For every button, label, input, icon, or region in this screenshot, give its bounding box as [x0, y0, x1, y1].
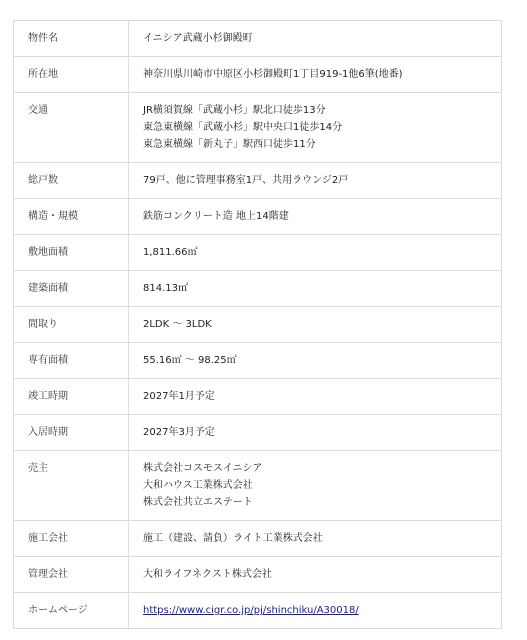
label-access: 交通	[14, 93, 129, 163]
label-address: 所在地	[14, 57, 129, 93]
value-seller: 株式会社コスモスイニシア 大和ハウス工業株式会社 株式会社共立エステート	[129, 451, 502, 521]
label-exclusive-area: 専有面積	[14, 343, 129, 379]
value-floor-plan: 2LDK ～ 3LDK	[129, 307, 502, 343]
homepage-link[interactable]: https://www.cigr.co.jp/pj/shinchiku/A300…	[143, 605, 359, 616]
value-management: 大和ライフネクスト株式会社	[129, 557, 502, 593]
label-completion: 竣工時期	[14, 379, 129, 415]
label-building-area: 建築面積	[14, 271, 129, 307]
value-completion: 2027年1月予定	[129, 379, 502, 415]
value-building-area: 814.13㎡	[129, 271, 502, 307]
value-site-area: 1,811.66㎡	[129, 235, 502, 271]
row-seller: 売主 株式会社コスモスイニシア 大和ハウス工業株式会社 株式会社共立エステート	[14, 451, 502, 521]
access-line: JR横須賀線「武蔵小杉」駅北口徒歩13分	[143, 102, 501, 119]
value-move-in: 2027年3月予定	[129, 415, 502, 451]
label-constructor: 施工会社	[14, 521, 129, 557]
value-address: 神奈川県川崎市中原区小杉御殿町1丁目919-1他6筆(地番)	[129, 57, 502, 93]
row-building-area: 建築面積 814.13㎡	[14, 271, 502, 307]
value-homepage: https://www.cigr.co.jp/pj/shinchiku/A300…	[129, 593, 502, 629]
row-completion: 竣工時期 2027年1月予定	[14, 379, 502, 415]
value-total-units: 79戸、他に管理事務室1戸、共用ラウンジ2戸	[129, 163, 502, 199]
row-move-in: 入居時期 2027年3月予定	[14, 415, 502, 451]
row-exclusive-area: 専有面積 55.16㎡ ～ 98.25㎡	[14, 343, 502, 379]
value-property-name: イニシア武蔵小杉御殿町	[129, 21, 502, 57]
row-management: 管理会社 大和ライフネクスト株式会社	[14, 557, 502, 593]
value-constructor: 施工（建設、請負）ライト工業株式会社	[129, 521, 502, 557]
label-management: 管理会社	[14, 557, 129, 593]
seller-line: 株式会社コスモスイニシア	[143, 460, 501, 477]
seller-line: 大和ハウス工業株式会社	[143, 477, 501, 494]
seller-line: 株式会社共立エステート	[143, 494, 501, 511]
row-total-units: 総戸数 79戸、他に管理事務室1戸、共用ラウンジ2戸	[14, 163, 502, 199]
row-address: 所在地 神奈川県川崎市中原区小杉御殿町1丁目919-1他6筆(地番)	[14, 57, 502, 93]
access-line: 東急東横線「新丸子」駅西口徒歩11分	[143, 136, 501, 153]
value-exclusive-area: 55.16㎡ ～ 98.25㎡	[129, 343, 502, 379]
row-floor-plan: 間取り 2LDK ～ 3LDK	[14, 307, 502, 343]
row-constructor: 施工会社 施工（建設、請負）ライト工業株式会社	[14, 521, 502, 557]
row-access: 交通 JR横須賀線「武蔵小杉」駅北口徒歩13分 東急東横線「武蔵小杉」駅中央口1…	[14, 93, 502, 163]
label-site-area: 敷地面積	[14, 235, 129, 271]
value-access: JR横須賀線「武蔵小杉」駅北口徒歩13分 東急東横線「武蔵小杉」駅中央口1徒歩1…	[129, 93, 502, 163]
label-structure: 構造・規模	[14, 199, 129, 235]
row-homepage: ホームページ https://www.cigr.co.jp/pj/shinchi…	[14, 593, 502, 629]
label-homepage: ホームページ	[14, 593, 129, 629]
row-property-name: 物件名 イニシア武蔵小杉御殿町	[14, 21, 502, 57]
label-property-name: 物件名	[14, 21, 129, 57]
label-total-units: 総戸数	[14, 163, 129, 199]
property-spec-table: 物件名 イニシア武蔵小杉御殿町 所在地 神奈川県川崎市中原区小杉御殿町1丁目91…	[13, 20, 502, 629]
row-structure: 構造・規模 鉄筋コンクリート造 地上14階建	[14, 199, 502, 235]
label-seller: 売主	[14, 451, 129, 521]
label-move-in: 入居時期	[14, 415, 129, 451]
value-structure: 鉄筋コンクリート造 地上14階建	[129, 199, 502, 235]
access-line: 東急東横線「武蔵小杉」駅中央口1徒歩14分	[143, 119, 501, 136]
row-site-area: 敷地面積 1,811.66㎡	[14, 235, 502, 271]
label-floor-plan: 間取り	[14, 307, 129, 343]
